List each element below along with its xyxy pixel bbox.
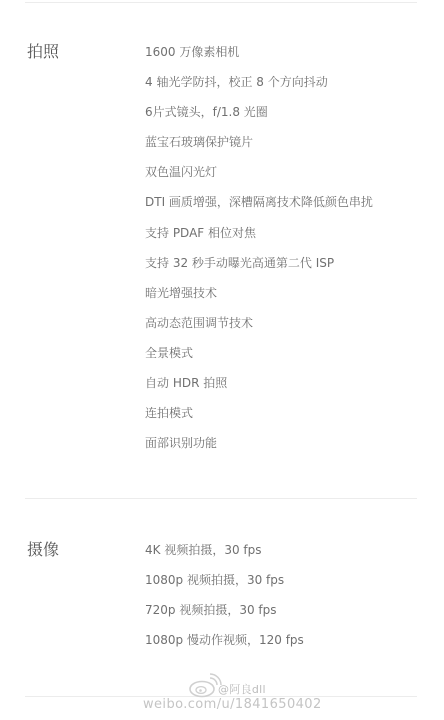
spec-item: 1600 万像素相机 — [145, 42, 373, 72]
spec-item: 连拍模式 — [145, 403, 373, 433]
spec-item: 双色温闪光灯 — [145, 162, 373, 192]
spec-item: 高动态范围调节技术 — [145, 313, 373, 343]
spec-item: 暗光增强技术 — [145, 283, 373, 313]
spec-item: 自动 HDR 拍照 — [145, 373, 373, 403]
section-divider — [25, 498, 417, 499]
spec-item: 4 轴光学防抖，校正 8 个方向抖动 — [145, 72, 373, 102]
weibo-logo-icon — [188, 672, 222, 698]
top-divider — [25, 2, 417, 3]
spec-item: 1080p 视频拍摄，30 fps — [145, 570, 304, 600]
spec-item: 6片式镜头，f/1.8 光圈 — [145, 102, 373, 132]
spec-item: 面部识别功能 — [145, 433, 373, 463]
video-spec-list: 4K 视频拍摄，30 fps 1080p 视频拍摄，30 fps 720p 视频… — [145, 540, 304, 660]
spec-item: 支持 32 秒手动曝光高通第二代 ISP — [145, 253, 373, 283]
section-title-photo: 拍照 — [27, 42, 59, 62]
spec-item: 720p 视频拍摄，30 fps — [145, 600, 304, 630]
watermark-url: weibo.com/u/1841650402 — [143, 697, 322, 712]
section-title-video: 摄像 — [27, 540, 59, 560]
spec-item: 蓝宝石玻璃保护镜片 — [145, 132, 373, 162]
spec-item: 1080p 慢动作视频，120 fps — [145, 630, 304, 660]
spec-item: DTI 画质增强，深槽隔离技术降低颜色串扰 — [145, 192, 373, 222]
spec-item: 4K 视频拍摄，30 fps — [145, 540, 304, 570]
photo-spec-list: 1600 万像素相机 4 轴光学防抖，校正 8 个方向抖动 6片式镜头，f/1.… — [145, 42, 373, 463]
watermark-user: @阿良dll — [218, 681, 266, 697]
spec-item: 支持 PDAF 相位对焦 — [145, 223, 373, 253]
spec-item: 全景模式 — [145, 343, 373, 373]
